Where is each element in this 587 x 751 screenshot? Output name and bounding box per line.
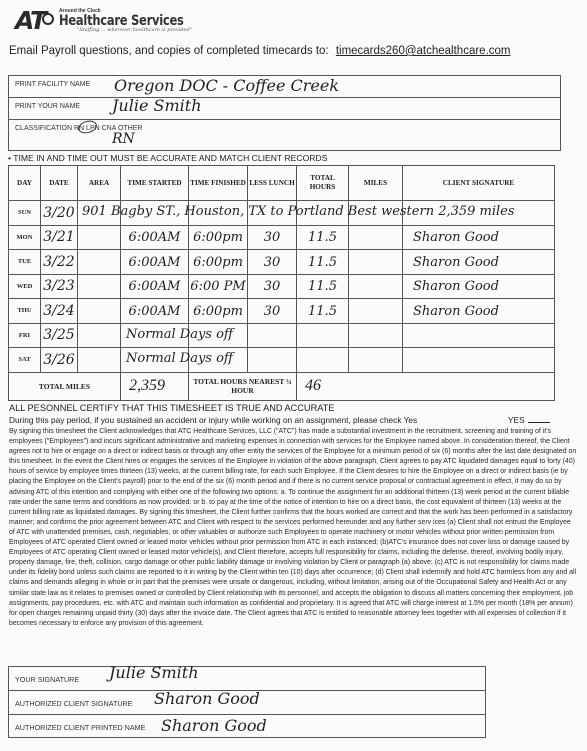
time-started-cell-value: 6:00AM: [129, 279, 181, 294]
date-cell[interactable]: 3/22: [41, 250, 78, 275]
client-signature-cell-value: Sharon Good: [413, 304, 499, 319]
time-finished-cell-value: 6:00pm: [193, 230, 243, 245]
miles-cell[interactable]: [349, 250, 403, 275]
facility-row: PRINT FACILITY NAME Oregon DOC - Coffee …: [9, 76, 560, 98]
day-cell: WED: [9, 274, 41, 299]
total-hours-cell-value: 11.5: [308, 230, 337, 245]
col-header-time-started: TIME STARTED: [121, 166, 189, 201]
miles-cell[interactable]: [349, 323, 403, 348]
time-started-cell-value: 6:00AM: [129, 304, 181, 319]
row-note: 901 Bagby ST., Houston, TX to Portland B…: [82, 204, 515, 219]
total-hours-cell-value: 11.5: [308, 255, 337, 270]
day-cell: SAT: [9, 348, 41, 373]
area-cell[interactable]: 901 Bagby ST., Houston, TX to Portland B…: [78, 201, 121, 226]
total-hours-cell-value: 11.5: [308, 304, 337, 319]
time-finished-cell[interactable]: 6:00pm: [189, 225, 248, 250]
col-header-client-signature: CLIENT SIGNATURE: [403, 166, 555, 201]
row-note: Normal Days off: [126, 327, 233, 342]
col-header-area: AREA: [78, 166, 121, 201]
client-printed-name-field[interactable]: Sharon Good: [161, 716, 267, 735]
injury-yes-field: YES: [508, 415, 550, 425]
timesheet-table: DAY DATE AREA TIME STARTED TIME FINISHED…: [8, 165, 555, 401]
date-cell-value: 3/26: [43, 352, 74, 368]
time-finished-cell[interactable]: 6:00 PM: [189, 274, 248, 299]
date-cell[interactable]: 3/20: [41, 201, 78, 226]
less-lunch-cell[interactable]: 30: [248, 299, 297, 324]
client-signature-cell[interactable]: Sharon Good: [403, 225, 555, 250]
total-hours-field[interactable]: 46: [297, 372, 555, 400]
total-miles-field[interactable]: 2,359: [121, 372, 189, 400]
time-started-cell-value: 6:00AM: [129, 255, 181, 270]
your-signature-row: YOUR SIGNATURE Julie Smith: [9, 667, 485, 691]
client-signature-cell[interactable]: [403, 348, 555, 373]
your-signature-label: YOUR SIGNATURE: [15, 675, 79, 684]
classification-row: CLASSIFICATION RN LPN CNA OTHER RN: [9, 120, 560, 151]
area-cell[interactable]: Normal Days off: [78, 348, 121, 373]
less-lunch-cell-value: 30: [264, 304, 281, 319]
clock-icon: [42, 13, 54, 25]
facility-field[interactable]: Oregon DOC - Coffee Creek: [114, 76, 339, 95]
classification-field[interactable]: RN: [112, 131, 135, 147]
time-started-cell[interactable]: 6:00AM: [121, 274, 189, 299]
client-signature-cell[interactable]: Sharon Good: [403, 274, 555, 299]
time-started-cell[interactable]: 6:00AM: [121, 225, 189, 250]
date-cell-value: 3/21: [43, 229, 74, 245]
less-lunch-cell-value: 30: [264, 255, 281, 270]
classification-rn-circle: [77, 119, 98, 136]
less-lunch-cell-value: 30: [264, 230, 281, 245]
less-lunch-cell[interactable]: 30: [248, 225, 297, 250]
date-cell-value: 3/24: [43, 303, 74, 319]
day-cell: FRI: [9, 323, 41, 348]
total-hours-cell[interactable]: 11.5: [297, 225, 349, 250]
total-miles-label: TOTAL MILES: [9, 372, 121, 400]
table-row: THU3/246:00AM6:00pm3011.5Sharon Good: [9, 299, 555, 324]
signature-box: YOUR SIGNATURE Julie Smith AUTHORIZED CL…: [8, 666, 486, 738]
injury-yes-blank[interactable]: [528, 422, 550, 423]
table-row: FRI3/25Normal Days off: [9, 323, 555, 348]
col-header-total-hours: TOTAL HOURS: [297, 166, 349, 201]
injury-yes-label: YES: [508, 415, 525, 425]
less-lunch-cell-value: 30: [264, 279, 281, 294]
total-hours-cell[interactable]: 11.5: [297, 299, 349, 324]
logo-company-name: Healthcare Services: [59, 14, 184, 28]
day-cell: THU: [9, 299, 41, 324]
atc-logo-mark: AT: [15, 8, 54, 34]
date-cell[interactable]: 3/21: [41, 225, 78, 250]
date-cell-value: 3/20: [43, 205, 74, 221]
total-hours-cell[interactable]: 11.5: [297, 250, 349, 275]
date-cell[interactable]: 3/25: [41, 323, 78, 348]
name-label: PRINT YOUR NAME: [15, 103, 80, 110]
time-finished-cell-value: 6:00pm: [193, 304, 243, 319]
miles-cell[interactable]: [349, 348, 403, 373]
col-header-time-finished: TIME FINISHED: [189, 166, 248, 201]
miles-cell[interactable]: [349, 225, 403, 250]
client-printed-name-row: AUTHORIZED CLIENT PRINTED NAME Sharon Go…: [9, 715, 485, 739]
time-started-cell[interactable]: 6:00AM: [121, 299, 189, 324]
day-cell: MON: [9, 225, 41, 250]
table-header-row: DAY DATE AREA TIME STARTED TIME FINISHED…: [9, 166, 555, 201]
client-signature-cell-value: Sharon Good: [413, 279, 499, 294]
time-started-cell-value: 6:00AM: [129, 230, 181, 245]
client-signature-cell-value: Sharon Good: [413, 255, 499, 270]
time-finished-cell-value: 6:00 PM: [190, 279, 245, 294]
total-hours-label: TOTAL HOURS NEAREST ¼ HOUR: [189, 372, 297, 400]
date-cell[interactable]: 3/24: [41, 299, 78, 324]
total-hours-cell[interactable]: 11.5: [297, 274, 349, 299]
total-hours-cell[interactable]: [297, 323, 349, 348]
row-note: Normal Days off: [126, 351, 233, 366]
client-printed-name-label: AUTHORIZED CLIENT PRINTED NAME: [15, 723, 145, 732]
client-signature-label: AUTHORIZED CLIENT SIGNATURE: [15, 699, 133, 708]
area-cell[interactable]: [78, 250, 121, 275]
client-signature-cell-value: Sharon Good: [413, 230, 499, 245]
day-cell: SUN: [9, 201, 41, 226]
facility-label: PRINT FACILITY NAME: [15, 81, 90, 88]
date-cell-value: 3/25: [43, 327, 74, 343]
col-header-day: DAY: [9, 166, 41, 201]
date-cell-value: 3/23: [43, 278, 74, 294]
client-signature-cell[interactable]: Sharon Good: [403, 250, 555, 275]
email-instructions: Email Payroll questions, and copies of c…: [9, 45, 511, 57]
your-signature-field[interactable]: Julie Smith: [109, 663, 199, 682]
certification-title: ALL PESONNEL CERTIFY THAT THIS TIMESHEET…: [9, 403, 334, 413]
area-cell[interactable]: [78, 225, 121, 250]
logo-text: Around the Clock Healthcare Services "St…: [59, 9, 211, 33]
table-row: MON3/216:00AM6:00pm3011.5Sharon Good: [9, 225, 555, 250]
miles-cell[interactable]: [349, 299, 403, 324]
payroll-email-link[interactable]: timecards260@atchealthcare.com: [336, 45, 511, 57]
table-row: TUE3/226:00AM6:00pm3011.5Sharon Good: [9, 250, 555, 275]
client-signature-cell[interactable]: [403, 323, 555, 348]
table-row: WED3/236:00AM6:00 PM3011.5Sharon Good: [9, 274, 555, 299]
less-lunch-cell[interactable]: 30: [248, 250, 297, 275]
company-logo: AT Around the Clock Healthcare Services …: [15, 8, 211, 34]
time-finished-cell-value: 6:00pm: [193, 255, 243, 270]
injury-question: During this pay period, if you sustained…: [9, 415, 569, 425]
date-cell-value: 3/22: [43, 254, 74, 270]
col-header-less-lunch: LESS LUNCH: [248, 166, 297, 201]
area-cell[interactable]: Normal Days off: [78, 323, 121, 348]
date-cell[interactable]: 3/26: [41, 348, 78, 373]
client-signature-row: AUTHORIZED CLIENT SIGNATURE Sharon Good: [9, 691, 485, 715]
col-header-date: DATE: [41, 166, 78, 201]
client-signature-field[interactable]: Sharon Good: [154, 689, 260, 708]
time-accuracy-note: • TIME IN AND TIME OUT MUST BE ACCURATE …: [8, 153, 327, 163]
less-lunch-cell[interactable]: 30: [248, 274, 297, 299]
total-hours-cell-value: 11.5: [308, 279, 337, 294]
employee-info-box: PRINT FACILITY NAME Oregon DOC - Coffee …: [8, 75, 561, 151]
col-header-miles: MILES: [349, 166, 403, 201]
client-signature-cell[interactable]: Sharon Good: [403, 299, 555, 324]
total-hours-cell[interactable]: [297, 348, 349, 373]
legal-agreement-text: By signing this timesheet the Client ack…: [9, 427, 577, 629]
name-row: PRINT YOUR NAME Julie Smith: [9, 98, 560, 120]
table-row: SUN3/20901 Bagby ST., Houston, TX to Por…: [9, 201, 555, 226]
area-cell[interactable]: [78, 274, 121, 299]
miles-cell[interactable]: [349, 274, 403, 299]
area-cell[interactable]: [78, 299, 121, 324]
less-lunch-cell[interactable]: [248, 348, 297, 373]
email-instructions-text: Email Payroll questions, and copies of c…: [9, 45, 329, 57]
name-field[interactable]: Julie Smith: [112, 96, 202, 115]
less-lunch-cell[interactable]: [248, 323, 297, 348]
time-finished-cell[interactable]: 6:00pm: [189, 299, 248, 324]
time-started-cell[interactable]: 6:00AM: [121, 250, 189, 275]
day-cell: TUE: [9, 250, 41, 275]
table-row: SAT3/26Normal Days off: [9, 348, 555, 373]
date-cell[interactable]: 3/23: [41, 274, 78, 299]
time-finished-cell[interactable]: 6:00pm: [189, 250, 248, 275]
totals-row: TOTAL MILES2,359TOTAL HOURS NEAREST ¼ HO…: [9, 372, 555, 400]
